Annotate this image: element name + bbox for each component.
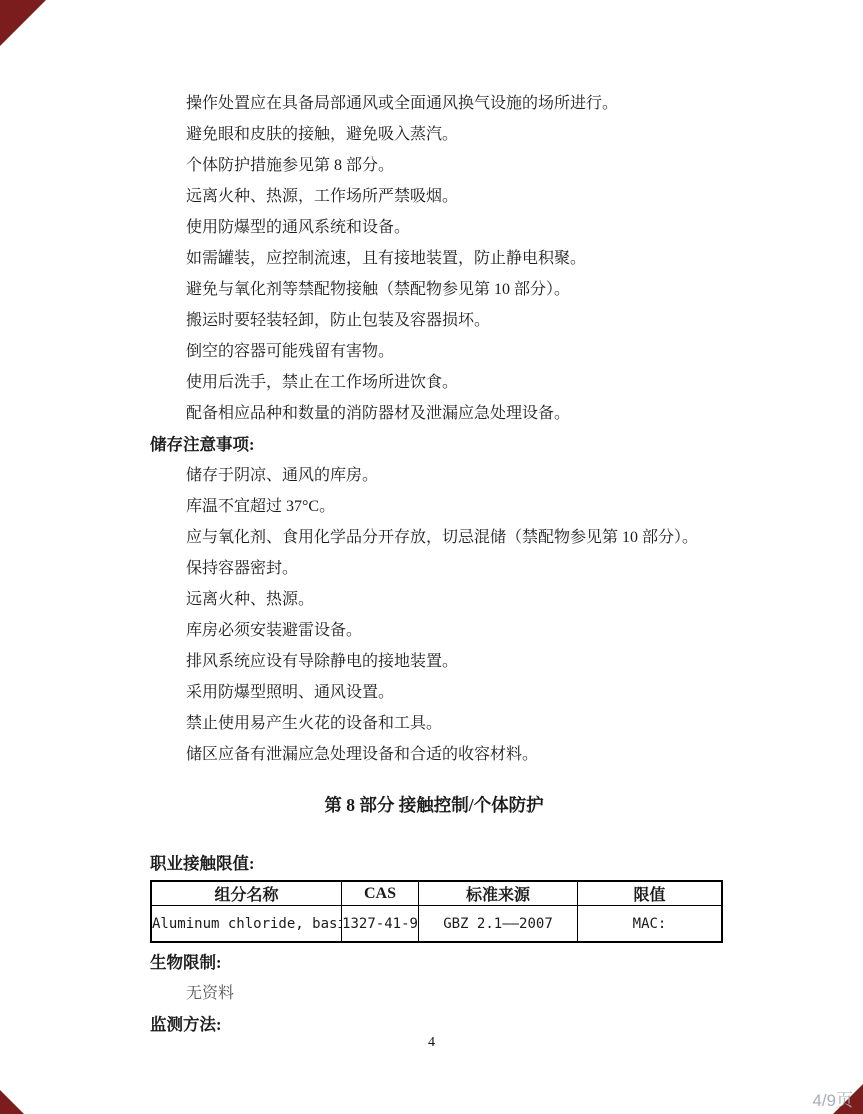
storage-line: 应与氧化剂、食用化学品分开存放，切忌混储（禁配物参见第 10 部分）。 (150, 522, 718, 553)
storage-line: 采用防爆型照明、通风设置。 (150, 677, 718, 708)
storage-line: 远离火种、热源。 (150, 584, 718, 615)
storage-line: 库房必须安装避雷设备。 (150, 615, 718, 646)
cell-limit-value: MAC: (578, 906, 723, 943)
document-body: 操作处置应在具备局部通风或全面通风换气设施的场所进行。避免眼和皮肤的接触，避免吸… (150, 88, 718, 1040)
column-header-standard-source: 标准来源 (419, 881, 578, 906)
handling-line: 如需罐装，应控制流速，且有接地装置，防止静电积聚。 (150, 243, 718, 274)
handling-line: 使用防爆型的通风系统和设备。 (150, 212, 718, 243)
section8-title: 第 8 部分 接触控制/个体防护 (150, 790, 718, 821)
handling-line: 倒空的容器可能残留有害物。 (150, 336, 718, 367)
biological-limit-value: 无资料 (150, 978, 718, 1009)
storage-line: 保持容器密封。 (150, 553, 718, 584)
handling-line: 配备相应品种和数量的消防器材及泄漏应急处理设备。 (150, 398, 718, 429)
handling-precaution-lines: 操作处置应在具备局部通风或全面通风换气设施的场所进行。避免眼和皮肤的接触，避免吸… (150, 88, 718, 429)
handling-line: 个体防护措施参见第 8 部分。 (150, 150, 718, 181)
column-header-component-name: 组分名称 (151, 881, 342, 906)
biological-limit-heading: 生物限制: (150, 947, 718, 978)
storage-precaution-lines: 储存于阴凉、通风的库房。库温不宜超过 37°C。应与氧化剂、食用化学品分开存放，… (150, 460, 718, 770)
corner-fold-bottom-left-icon (0, 1090, 24, 1114)
storage-line: 储区应备有泄漏应急处理设备和合适的收容材料。 (150, 739, 718, 770)
handling-line: 避免与氧化剂等禁配物接触（禁配物参见第 10 部分）。 (150, 274, 718, 305)
handling-line: 使用后洗手，禁止在工作场所进饮食。 (150, 367, 718, 398)
storage-line: 库温不宜超过 37°C。 (150, 491, 718, 522)
storage-precautions-heading: 储存注意事项: (150, 429, 718, 460)
exposure-limit-table: 组分名称 CAS 标准来源 限值 Aluminum chloride, basi… (150, 880, 723, 943)
cell-component-name: Aluminum chloride, basic (151, 906, 342, 943)
page-indicator: 4/9页 (812, 1086, 853, 1111)
column-header-cas: CAS (342, 881, 419, 906)
table-row: Aluminum chloride, basic 1327-41-9 GBZ 2… (151, 906, 722, 943)
storage-line: 禁止使用易产生火花的设备和工具。 (150, 708, 718, 739)
corner-fold-top-left-icon (0, 0, 46, 46)
storage-line: 排风系统应设有导除静电的接地装置。 (150, 646, 718, 677)
cell-standard-source: GBZ 2.1——2007 (419, 906, 578, 943)
table-header-row: 组分名称 CAS 标准来源 限值 (151, 881, 722, 906)
storage-line: 储存于阴凉、通风的库房。 (150, 460, 718, 491)
column-header-limit: 限值 (578, 881, 723, 906)
handling-line: 操作处置应在具备局部通风或全面通风换气设施的场所进行。 (150, 88, 718, 119)
handling-line: 远离火种、热源，工作场所严禁吸烟。 (150, 181, 718, 212)
handling-line: 避免眼和皮肤的接触，避免吸入蒸汽。 (150, 119, 718, 150)
occupational-exposure-limit-heading: 职业接触限值: (150, 848, 718, 879)
handling-line: 搬运时要轻装轻卸，防止包装及容器损坏。 (150, 305, 718, 336)
cell-cas-number: 1327-41-9 (342, 906, 419, 943)
page-number: 4 (0, 1035, 863, 1051)
